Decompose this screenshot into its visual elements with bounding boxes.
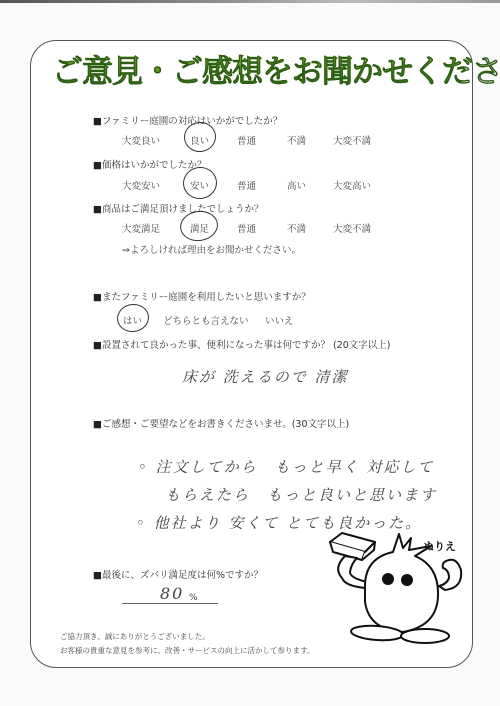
followup-reason-prompt: ⇒よろしければ理由をお聞かせください。	[122, 242, 301, 256]
option-expensive[interactable]: 高い	[287, 178, 306, 192]
answer-underline	[122, 603, 218, 604]
option-very-dissatisfied[interactable]: 大変不満	[333, 133, 371, 147]
footer-message: お客様の貴重な意見を参考に、改善・サービスの向上に活かして参ります。	[60, 645, 314, 656]
question-satisfaction-percent: 最後に、ズバリ満足度は何%ですか？	[93, 567, 263, 581]
option-very-cheap[interactable]: 大変安い	[122, 178, 160, 192]
option-normal[interactable]: 普通	[237, 133, 256, 147]
option-dissatisfied[interactable]: 不満	[287, 133, 306, 147]
question-good-points: 設置されて良かった事、便利になった事は何ですか？ (20文字以上)	[93, 337, 391, 351]
answer-comments-line-2[interactable]: もらえたら もっと良いと思います	[165, 484, 437, 505]
option-dissatisfied[interactable]: 不満	[287, 221, 306, 235]
option-very-dissatisfied[interactable]: 大変不満	[333, 221, 371, 235]
page-title: ご意見・ご感想をお聞かせください	[52, 52, 462, 92]
footer-thanks: ご協力頂き、誠にありがとうございました。	[60, 631, 210, 642]
mascot-illustration-icon	[325, 530, 485, 650]
option-normal[interactable]: 普通	[237, 178, 256, 192]
answer-comments-line-1[interactable]: ◦ 注文してから もっと早く 対応して	[138, 456, 434, 477]
question-reuse: またファミリー庭園を利用したいと思いますか？	[93, 289, 311, 303]
scan-edge	[0, 0, 500, 3]
option-no[interactable]: いいえ	[265, 313, 294, 327]
answer-satisfaction-percent[interactable]: 80	[160, 584, 184, 603]
percent-unit: %	[189, 593, 198, 603]
option-very-satisfied[interactable]: 大変満足	[122, 221, 160, 235]
answer-good-points[interactable]: 床が 洗えるので 清潔	[182, 366, 349, 387]
option-normal[interactable]: 普通	[237, 221, 256, 235]
question-comments: ご感想・ご要望などをお書きくださいませ。(30文字以上)	[93, 416, 349, 430]
option-very-good[interactable]: 大変良い	[122, 133, 160, 147]
question-service: ファミリー庭園の対応はいかがでしたか？	[93, 113, 282, 127]
question-product-satisfaction: 商品はご満足頂けましたでしょうか？	[93, 201, 264, 215]
option-very-expensive[interactable]: 大変高い	[333, 178, 371, 192]
option-neither[interactable]: どちらとも言えない	[163, 313, 249, 327]
